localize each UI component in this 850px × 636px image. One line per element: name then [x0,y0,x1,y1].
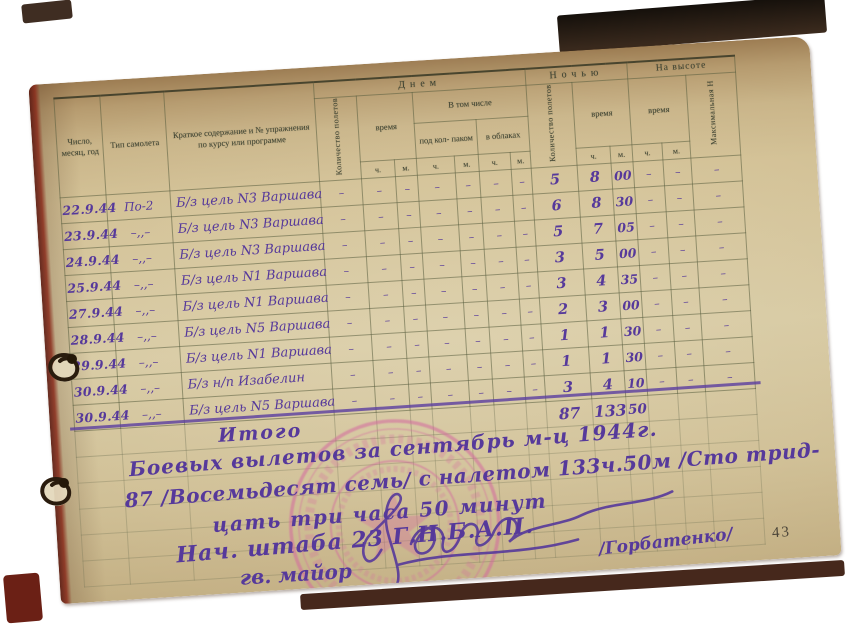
cell-dash: – [671,288,701,316]
cell-dash: – [479,169,513,197]
col-header-desc: Краткое содержание и № упражнения по кур… [164,82,320,191]
cell-dash: – [373,358,409,386]
unit-hours: ч. [632,143,663,162]
cell-dash: – [491,351,525,379]
col-header-day-qty: Количество полетов [314,96,361,182]
col-header-under-hood: под кол- паком [414,119,478,158]
cell-dash: – [702,337,754,366]
cell-night-mins: 30 [621,317,645,344]
cell-dash: – [426,303,466,331]
cell-dash: – [489,325,523,353]
cell-dash: – [368,281,404,309]
cell-dash: – [329,335,373,364]
cell-night-mins: 05 [614,214,638,241]
cell-night-hours: 4 [584,267,620,295]
col-header-alt-time: время [628,75,690,145]
cell-dash: – [635,186,667,214]
col-header-type: Тип самолета [100,92,170,195]
cell-dash: – [483,221,517,249]
cell-dash: – [487,299,521,327]
book-cover-edge [3,573,43,624]
cell-dash: – [328,309,372,338]
cell-dash: – [419,199,459,227]
cell-dash: – [397,201,421,228]
col-header-max-h: Максимальная Н [686,72,741,159]
cell-night-hours: 5 [582,241,618,269]
cell-dash: – [669,262,699,290]
unit-mins: м. [454,155,479,173]
cell-dash: – [691,155,743,184]
cell-dash: – [484,247,518,275]
cell-dash: – [467,353,493,380]
cell-dash: – [514,220,536,247]
cell-dash: – [407,357,431,384]
cell-dash: – [481,195,515,223]
cell-dash: – [643,316,675,344]
col-header-in-clouds: в облаках [476,116,530,155]
cell-dash: – [324,257,368,286]
cell-date: 23.9.44 [62,221,110,250]
cell-dash: – [633,160,665,188]
cell-dash: – [640,264,672,292]
cell-dash: – [427,329,467,357]
cell-dash: – [326,283,370,312]
cell-night-mins: 00 [611,162,635,189]
cell-dash: – [519,298,541,325]
cell-dash: – [523,350,545,377]
logbook-photo: Число, месяц, год Тип самолета Краткое с… [0,0,850,636]
cell-dash: – [371,332,407,360]
book-cover-edge [21,0,73,24]
cell-dash: – [366,255,402,283]
cell-dash: – [644,342,676,370]
cell-dash: – [516,246,538,273]
cell-dash: – [363,203,399,231]
cell-dash: – [424,277,464,305]
cell-dash: – [641,290,673,318]
cell-dash: – [696,233,748,262]
cell-dash: – [421,225,461,253]
unit-mins: м. [510,152,531,170]
cell-dash: – [663,158,693,186]
col-header-date: Число, месяц, год [54,96,106,198]
cell-dash: – [462,275,488,302]
cell-night-hours: 7 [580,215,616,243]
cell-dash: – [457,197,483,224]
cell-dash: – [400,253,424,280]
unit-hours: ч. [478,153,511,172]
cell-dash: – [402,279,426,306]
cell-dash: – [455,171,481,198]
cell-dash: – [417,173,457,201]
cell-night-mins: 00 [619,292,643,319]
cell-dash: – [429,355,469,383]
cell-night-mins: 00 [616,240,640,267]
cell-night-qty: 3 [536,243,584,272]
cell-dash: – [674,340,704,368]
cell-dash: – [513,194,535,221]
unit-mins: м. [610,145,633,163]
cell-dash: – [365,229,401,257]
cell-dash: – [331,361,375,390]
cell-dash: – [399,227,423,254]
cell-date: 24.9.44 [63,247,111,276]
binder-thread-icon [34,472,78,514]
cell-night-mins: 30 [622,343,646,370]
unit-mins: м. [662,141,691,159]
cell-night-hours: 1 [587,319,623,347]
cell-dash: – [704,363,756,392]
cell-dash: – [638,238,670,266]
cell-dash: – [676,366,706,394]
cell-date: 25.9.44 [65,273,113,302]
signature-rank: гв. майор [239,559,352,590]
cell-dash: – [465,327,491,354]
cell-dash: – [701,311,753,340]
vertical-label: Максимальная Н [706,80,721,145]
cell-dash: – [673,314,703,342]
cell-night-qty: 1 [543,347,591,376]
unit-mins: м. [394,159,417,177]
cell-dash: – [405,331,429,358]
cell-dash: – [697,259,749,288]
cell-dash: – [646,368,678,396]
cell-dash: – [321,205,365,234]
cell-dash: – [404,305,428,332]
cell-dash: – [460,249,486,276]
cell-dash: – [361,177,397,205]
cell-dash: – [518,272,540,299]
cell-dash: – [320,179,364,208]
cell-night-mins: 35 [618,266,642,293]
cell-night-hours: 8 [579,189,615,217]
col-header-night-qty: Количество полетов [526,82,577,168]
cell-dash: – [395,175,419,202]
cell-night-qty: 6 [533,191,581,220]
cell-night-qty: 5 [534,217,582,246]
cell-dash: – [511,168,533,195]
cell-dash: – [521,324,543,351]
page-number: 43 [772,524,792,542]
col-header-night-time: время [572,78,632,148]
cell-dash: – [694,207,746,236]
vertical-label: Количество полетов [330,97,346,175]
cell-night-hours: 3 [585,293,621,321]
cell-dash: – [323,231,367,260]
cell-night-qty: 2 [539,295,587,324]
vertical-label: Количество полетов [544,84,560,162]
col-header-day-time: время [356,92,416,162]
cell-night-mins: 30 [613,188,637,215]
cell-date: 27.9.44 [67,299,115,328]
cell-night-qty: 3 [538,269,586,298]
cell-dash: – [422,251,462,279]
cell-dash: – [668,236,698,264]
cell-dash: – [370,306,406,334]
cell-dash: – [666,210,696,238]
cell-dash: – [486,273,520,301]
cell-dash: – [459,223,485,250]
cell-dash: – [693,181,745,210]
cell-dash: – [665,184,695,212]
cell-night-qty: 1 [541,321,589,350]
binder-thread-icon [42,348,86,390]
cell-dash: – [636,212,668,240]
cell-night-qty: 5 [531,165,579,194]
logbook-page: Число, месяц, год Тип самолета Краткое с… [28,36,841,604]
cell-dash: – [463,301,489,328]
cell-dash: – [699,285,751,314]
cell-date: 22.9.44 [60,195,108,224]
cell-night-hours: 8 [577,163,613,191]
cell-night-hours: 1 [589,345,625,373]
